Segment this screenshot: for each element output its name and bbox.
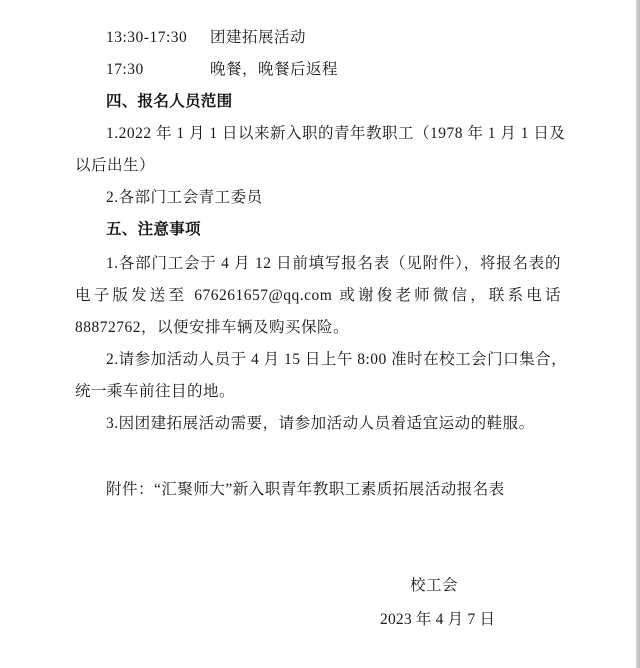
paragraph-line: 1.各部门工会于 4 月 12 日前填写报名表（见附件），将报名表的 <box>106 254 561 274</box>
paragraph-line: 电子版发送至 676261657@qq.com 或谢俊老师微信，联系电话 <box>75 286 561 306</box>
section-heading-notes: 五、注意事项 <box>106 220 561 240</box>
attachment-line: 附件：“汇聚师大”新入职青年教职工素质拓展活动报名表 <box>106 480 561 500</box>
paragraph-line: 2.请参加活动人员于 4 月 15 日上午 8:00 准时在校工会门口集合， <box>106 350 561 370</box>
signature-date: 2023 年 4 月 7 日 <box>380 610 520 630</box>
page-edge-scrollbar[interactable] <box>636 0 640 668</box>
paragraph-line: 统一乘车前往目的地。 <box>75 382 561 402</box>
paragraph-line: 2.各部门工会青工委员 <box>106 188 561 208</box>
signature-org: 校工会 <box>410 576 490 596</box>
paragraph-line: 1.2022 年 1 月 1 日以来新入职的青年教职工（1978 年 1 月 1… <box>106 124 561 144</box>
document-page: 13:30-17:30 团建拓展活动 17:30 晚餐，晚餐后返程 四、报名人员… <box>0 0 636 668</box>
paragraph-line: 3.因团建拓展活动需要，请参加活动人员着适宜运动的鞋服。 <box>106 414 561 434</box>
section-heading-registration-scope: 四、报名人员范围 <box>106 92 561 112</box>
schedule-activity: 晚餐，晚餐后返程 <box>210 60 338 80</box>
paragraph-line: 88872762，以便安排车辆及购买保险。 <box>75 318 561 338</box>
schedule-time: 13:30-17:30 <box>106 28 187 48</box>
schedule-time: 17:30 <box>106 60 144 80</box>
paragraph-line: 以后出生） <box>75 156 561 176</box>
schedule-activity: 团建拓展活动 <box>210 28 306 48</box>
